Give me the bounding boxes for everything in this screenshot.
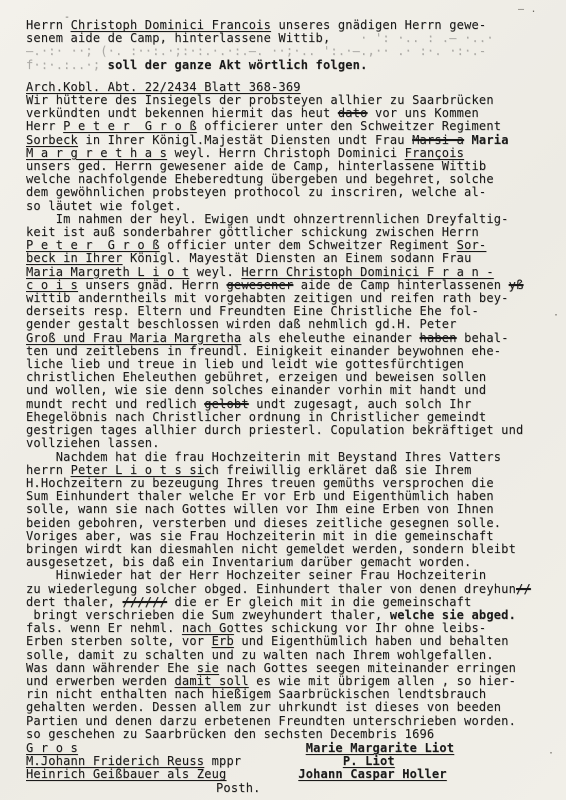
typewriter-text: Voriges aber, was sie Frau Hochzeiterin … bbox=[26, 529, 494, 543]
typewriter-text: so läutet wie folget. bbox=[26, 199, 182, 213]
typewriter-text: officierer unter den Schweitzer Regiment bbox=[197, 119, 501, 133]
typewriter-text: beiden gebohren, versterben und dieses z… bbox=[26, 516, 501, 530]
typewriter-text: bringen wirdt kan diesmahlen nicht gemel… bbox=[26, 542, 516, 556]
typewriter-text: Posth. bbox=[216, 781, 261, 795]
typewriter-text: und wollen, wie sie denn solches einande… bbox=[26, 383, 486, 397]
paragraph-2: Im nahmen der heyl. Ewigen undt ohnzertr… bbox=[26, 213, 558, 451]
typewriter-text: welche nachfolgende Eheberedtung übergeb… bbox=[26, 172, 494, 186]
typewriter-text: solle, wann sie nach Gottes willen vor I… bbox=[26, 502, 494, 516]
struck-text: Marsi a bbox=[412, 133, 464, 147]
underlined-text: sie bbox=[197, 661, 219, 675]
typewriter-text: ttes schickung vor Ihr ohne leibs- bbox=[234, 621, 486, 635]
typewriter-text: Königl. Mayestät Diensten an Einem sodan… bbox=[123, 251, 472, 265]
underlined-text: c o i s bbox=[26, 278, 78, 292]
paragraph-3: Nachdem hat die frau Hochzeiterin mit Be… bbox=[26, 451, 558, 570]
underlined-text: Heinrich Geißbauer als Zeug bbox=[26, 767, 226, 781]
typewriter-text: Maria bbox=[464, 133, 509, 147]
typewriter-text: die er Er gleich mit in die gemeinschaft bbox=[167, 595, 471, 609]
typewriter-text: Im nahmen der heyl. Ewigen undt ohnzertr… bbox=[26, 212, 509, 226]
typewriter-text: Erben sterben solte, vor bbox=[26, 634, 212, 648]
typewriter-text: als eheleuthe einander bbox=[241, 331, 419, 345]
typewriter-text: behal- bbox=[457, 331, 509, 345]
typewriter-text: officier unter dem Schweitzer Regiment bbox=[160, 238, 457, 252]
typewriter-text: welche sie abged. bbox=[390, 608, 516, 622]
typewriter-text: nach Gottes seegen miteinander erringen bbox=[219, 661, 516, 675]
typewriter-text: in Ihrer Königl.Majestät Diensten undt F… bbox=[78, 133, 412, 147]
typewriter-text: Wir hüttere des Insiegels der probsteyen… bbox=[26, 93, 494, 107]
underlined-text: beck in Ihrer bbox=[26, 251, 123, 265]
typewriter-text: H.Hochzeitern zu bezeugung Ihres treuen … bbox=[26, 476, 494, 490]
struck-text: dato bbox=[338, 106, 368, 120]
text-line: so geschehen zu Saarbrücken den sechsten… bbox=[26, 728, 558, 741]
underlined-text: Johann Caspar Holler bbox=[298, 767, 447, 781]
signature-row: Heinrich Geißbauer als Zeug Johann Caspa… bbox=[26, 768, 558, 781]
typewriter-text: Nachdem hat die frau Hochzeiterin mit Be… bbox=[26, 450, 501, 464]
typewriter-text: zu wiederlegung solcher obged. Einhunder… bbox=[26, 582, 516, 596]
typewriter-text: derseits resp. Eltern und Freundten Eine… bbox=[26, 304, 479, 318]
scan-speck: – . bbox=[518, 3, 537, 16]
typewriter-text: unsers ged. Herrn gewesener aide de Camp… bbox=[26, 159, 486, 173]
typewriter-text: ch freiwillig erkläret daß sie Ihrem bbox=[204, 463, 471, 477]
text-line: –.·:· ··; (·. :··:.·;:·:.·.·:.–. ··;·.. … bbox=[26, 45, 558, 58]
typewriter-text: es wie mit übrigem allen , so hier- bbox=[249, 674, 516, 688]
typewriter-text: undt zugesagt, auch solch Ihr bbox=[249, 397, 472, 411]
typewriter-text: rin nicht enthalten nach hießigem Saarbr… bbox=[26, 687, 486, 701]
struck-text: gewesener bbox=[226, 278, 293, 292]
struck-text: haben bbox=[420, 331, 457, 345]
signature-row: Posth. bbox=[26, 782, 558, 795]
underlined-text: Groß und Frau Maria Margretha bbox=[26, 331, 241, 345]
underlined-text: Erb bbox=[212, 634, 234, 648]
typewriter-text: bringt verschrieben die Sum zweyhundert … bbox=[26, 608, 390, 622]
typewriter-text: gestrigen tages allhier durch priesterl.… bbox=[26, 423, 523, 437]
typewriter-text: herrn bbox=[26, 463, 71, 477]
paragraph-1: Wir hüttere des Insiegels der probsteyen… bbox=[26, 94, 558, 213]
struck-text: ////// bbox=[123, 595, 168, 609]
typewriter-text: weyl. Herrn Christoph Dominici bbox=[167, 146, 405, 160]
typewriter-text: dert thaler, bbox=[26, 595, 123, 609]
typewriter-text: ten und zeitlebens in freundl. Einigkeit… bbox=[26, 344, 501, 358]
typewriter-text bbox=[276, 754, 343, 768]
struck-text: // bbox=[516, 582, 531, 596]
typewriter-text: aide de Camp hinterlassenen bbox=[293, 278, 508, 292]
scan-speck: · bbox=[548, 747, 554, 760]
typewriter-text: weyl. bbox=[189, 265, 241, 279]
underlined-text: Sorbeck bbox=[26, 133, 78, 147]
underlined-text: Peter L i o t s si bbox=[71, 463, 205, 477]
typewriter-text: unseres gnädigen Herrn gewe- bbox=[271, 18, 486, 32]
scanned-document-page: Herrn Christoph Dominici Francois unsere… bbox=[0, 0, 566, 800]
typewriter-text bbox=[276, 741, 306, 755]
underlined-text: Marie Margarite Liot bbox=[306, 741, 455, 755]
typewriter-text bbox=[276, 767, 298, 781]
typewriter-text: gender gestalt beschlossen wirden daß ne… bbox=[26, 317, 457, 331]
struck-text: gelobt bbox=[204, 397, 249, 411]
signature-right: Johann Caspar Holler bbox=[276, 768, 558, 781]
underlined-text: damit soll bbox=[175, 674, 249, 688]
typewriter-text: gehalten werden. Dessen allem zur uhrkun… bbox=[26, 700, 501, 714]
typewriter-text: dem gewöhnlichen probsteyen prothocol zu… bbox=[26, 185, 486, 199]
faded-text: f·:·.:..·; bbox=[26, 58, 108, 72]
underlined-text: Herrn Christoph Dominici F r a n - bbox=[241, 265, 493, 279]
scan-speck: · bbox=[553, 309, 559, 322]
typewriter-text: christlichen Eheleuthen gebühret, erzeig… bbox=[26, 370, 486, 384]
typewriter-text: ausgesetzet, bis daß ein Inventarium dar… bbox=[26, 555, 471, 569]
typewriter-text: vollziehen lassen. bbox=[26, 436, 160, 450]
signature-center: Posth. bbox=[26, 782, 261, 795]
struck-text: yß bbox=[509, 278, 524, 292]
typewriter-text: vor uns Kommen bbox=[368, 106, 479, 120]
typewriter-text: Herr bbox=[26, 119, 63, 133]
typewriter-text: und erwerben werden bbox=[26, 674, 175, 688]
document-body: Herrn Christoph Dominici Francois unsere… bbox=[26, 19, 558, 741]
typewriter-text: Sum Einhundert thaler welche Er vor Erb … bbox=[26, 489, 494, 503]
typewriter-text: soll der ganze Akt wörtlich folgen. bbox=[108, 58, 368, 72]
faded-text: –.·:· ··; (·. :··:.·;:·:.·.·:.–. ··;·.. … bbox=[26, 44, 486, 58]
typewriter-text: fals. wenn Er nehml. bbox=[26, 621, 182, 635]
underlined-text: Christoph Dominici Francois bbox=[71, 18, 271, 32]
signature-block: G r o s Marie Margarite LiotM.Johann Fri… bbox=[26, 742, 558, 795]
paragraph-4: Hinwieder hat der Herr Hochzeiter seiner… bbox=[26, 569, 558, 741]
intro-fragment: Herrn Christoph Dominici Francois unsere… bbox=[26, 19, 558, 72]
scan-speck: - bbox=[64, 11, 70, 24]
typewriter-text: verkündten undt bekennen hiermit das heu… bbox=[26, 106, 338, 120]
text-line: f·:·.:..·; soll der ganze Akt wörtlich f… bbox=[26, 59, 558, 72]
underlined-text: P. Liot bbox=[343, 754, 395, 768]
underlined-text: M.Johann Friderich Reuss bbox=[26, 754, 204, 768]
underlined-text: Arch.Kobl. Abt. 22/2434 Blatt 368-369 bbox=[26, 80, 301, 94]
typewriter-text: wittib anderntheils mit vorgehabten zeit… bbox=[26, 291, 509, 305]
underlined-text: François bbox=[405, 146, 464, 160]
underlined-text: G r o s bbox=[26, 741, 78, 755]
typewriter-text: Partien und denen darzu erbetenen Freund… bbox=[26, 714, 516, 728]
typewriter-text: liche lieb und treue in lieb und leidt w… bbox=[26, 357, 464, 371]
typewriter-text: mppr bbox=[204, 754, 241, 768]
typewriter-text: Hinwieder hat der Herr Hochzeiter seiner… bbox=[26, 568, 486, 582]
typewriter-text: mundt recht und redlich bbox=[26, 397, 204, 411]
underlined-text: M a r g r e t h a s bbox=[26, 146, 167, 160]
underlined-text: nach Go bbox=[182, 621, 234, 635]
typewriter-text: und Eigenthümlich haben und behalten bbox=[234, 634, 509, 648]
typewriter-text: so geschehen zu Saarbrücken den sechsten… bbox=[26, 727, 434, 741]
typewriter-text: solle, damit zu schalten und zu walten n… bbox=[26, 648, 494, 662]
typewriter-text: unsers gnäd. Herrn bbox=[78, 278, 227, 292]
typewriter-text: keit ist auß sonderbahrer göttlicher sch… bbox=[26, 225, 479, 239]
underlined-text: Maria Margreth L i o t bbox=[26, 265, 189, 279]
underlined-text: P e t e r G r o ß bbox=[63, 119, 197, 133]
underlined-text: Sor- bbox=[457, 238, 487, 252]
typewriter-text: Ehegelöbnis nach Christlicher ordnung in… bbox=[26, 410, 486, 424]
underlined-text: P e t e r G r o ß bbox=[26, 238, 160, 252]
typewriter-text: Was dann währender Ehe bbox=[26, 661, 197, 675]
